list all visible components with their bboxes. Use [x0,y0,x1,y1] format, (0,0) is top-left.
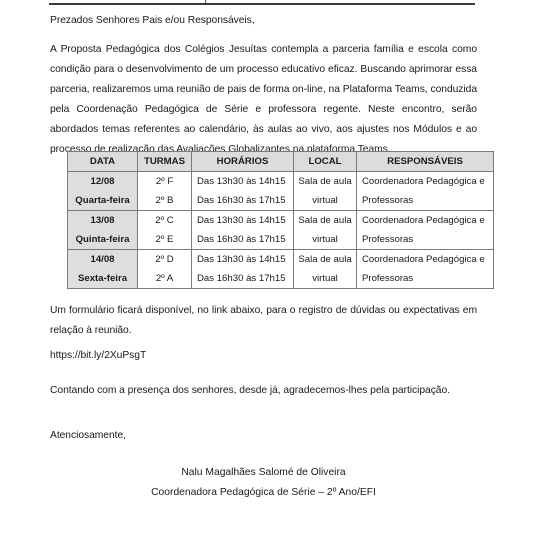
thanks-paragraph: Contando com a presença dos senhores, de… [50,381,450,401]
responsaveis-cell-line: Coordenadora Pedagógica e [362,250,493,269]
signature-name: Nalu Magalhães Salomé de Oliveira [50,463,477,483]
local-cell: Sala de aulavirtual [294,172,357,211]
responsaveis-cell: Coordenadora Pedagógica eProfessoras [357,211,494,250]
date-cell-line: 12/08 [68,172,137,191]
date-cell-line: Quinta-feira [68,230,137,249]
responsaveis-cell-line: Professoras [362,269,493,288]
table-row: 12/08Quarta-feira2º F2º BDas 13h30 às 14… [68,172,494,211]
turmas-cell-line: 2º D [138,250,191,269]
local-cell-line: virtual [294,230,356,249]
turmas-cell-line: 2º E [138,230,191,249]
local-cell: Sala de aulavirtual [294,250,357,289]
horarios-cell-line: Das 13h30 às 14h15 [197,172,293,191]
responsaveis-cell-line: Professoras [362,230,493,249]
turmas-cell-line: 2º C [138,211,191,230]
closing: Atenciosamente, [50,426,126,446]
header-rule [49,3,475,5]
horarios-cell: Das 13h30 às 14h15Das 16h30 às 17h15 [192,250,294,289]
responsaveis-cell: Coordenadora Pedagógica eProfessoras [357,172,494,211]
horarios-cell-line: Das 16h30 às 17h15 [197,230,293,249]
intro-paragraph: A Proposta Pedagógica dos Colégios Jesuí… [50,40,477,160]
table-row: 14/08Sexta-feira2º D2º ADas 13h30 às 14h… [68,250,494,289]
turmas-cell: 2º D2º A [138,250,192,289]
meeting-schedule-table: DATA TURMAS HORÁRIOS LOCAL RESPONSÁVEIS … [67,151,494,289]
date-cell: 14/08Sexta-feira [68,250,138,289]
horarios-cell-line: Das 13h30 às 14h15 [197,250,293,269]
form-note: Um formulário ficará disponível, no link… [50,301,477,341]
date-cell: 12/08Quarta-feira [68,172,138,211]
local-cell-line: virtual [294,269,356,288]
turmas-cell-line: 2º F [138,172,191,191]
header-horarios: HORÁRIOS [192,152,294,172]
header-local: LOCAL [294,152,357,172]
header-rule-mark [205,0,206,3]
local-cell-line: virtual [294,191,356,210]
turmas-cell: 2º C2º E [138,211,192,250]
horarios-cell-line: Das 16h30 às 17h15 [197,191,293,210]
date-cell-line: 14/08 [68,250,137,269]
turmas-cell-line: 2º B [138,191,191,210]
date-cell-line: Sexta-feira [68,269,137,288]
header-data: DATA [68,152,138,172]
signature-role: Coordenadora Pedagógica de Série – 2º An… [50,483,477,503]
local-cell: Sala de aulavirtual [294,211,357,250]
local-cell-line: Sala de aula [294,211,356,230]
responsaveis-cell-line: Coordenadora Pedagógica e [362,172,493,191]
responsaveis-cell-line: Professoras [362,191,493,210]
horarios-cell: Das 13h30 às 14h15Das 16h30 às 17h15 [192,172,294,211]
date-cell: 13/08Quinta-feira [68,211,138,250]
local-cell-line: Sala de aula [294,250,356,269]
date-cell-line: 13/08 [68,211,137,230]
header-responsaveis: RESPONSÁVEIS [357,152,494,172]
horarios-cell-line: Das 16h30 às 17h15 [197,269,293,288]
turmas-cell: 2º F2º B [138,172,192,211]
responsaveis-cell-line: Coordenadora Pedagógica e [362,211,493,230]
local-cell-line: Sala de aula [294,172,356,191]
horarios-cell: Das 13h30 às 14h15Das 16h30 às 17h15 [192,211,294,250]
responsaveis-cell: Coordenadora Pedagógica eProfessoras [357,250,494,289]
greeting: Prezados Senhores Pais e/ou Responsáveis… [50,11,255,31]
turmas-cell-line: 2º A [138,269,191,288]
date-cell-line: Quarta-feira [68,191,137,210]
table-header-row: DATA TURMAS HORÁRIOS LOCAL RESPONSÁVEIS [68,152,494,172]
header-turmas: TURMAS [138,152,192,172]
horarios-cell-line: Das 13h30 às 14h15 [197,211,293,230]
table-row: 13/08Quinta-feira2º C2º EDas 13h30 às 14… [68,211,494,250]
form-link[interactable]: https://bit.ly/2XuPsgT [50,346,146,366]
